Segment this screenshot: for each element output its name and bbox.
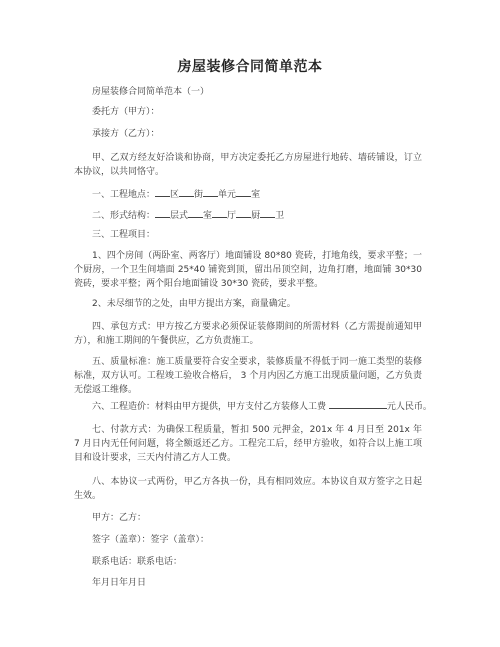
unit-label: 区: [170, 190, 179, 200]
section-location-label: 一、工程地点：: [92, 190, 155, 200]
fill-blank: [236, 208, 251, 218]
fill-blank: [236, 187, 251, 197]
contractor-label: 承接方（乙方）：: [92, 127, 442, 141]
signature-phone: 联系电话：联系电话：: [92, 555, 442, 569]
unit-label: 厅: [227, 211, 236, 221]
fill-blank: [203, 187, 218, 197]
intro-paragraph: 甲、乙双方经友好洽谈和协商，甲方决定委托乙方房屋进行地砖、墙砖铺设，订立本协议，…: [74, 151, 422, 179]
section-structure: 二、形式结构：层式室厅厨卫: [92, 208, 442, 223]
document-title: 房屋装修合同简单范本: [0, 56, 500, 76]
section-location: 一、工程地点：区街单元室: [92, 187, 442, 202]
unit-label: 厨: [251, 211, 260, 221]
fill-blank: [212, 208, 227, 218]
client-label: 委托方（甲方）：: [92, 105, 442, 119]
signature-date: 年月日年月日: [92, 576, 442, 590]
item-1-paragraph: 1、四个房间（两卧室、两客厅）地面铺设 80*80 瓷砖，打地角线，要求平整；一…: [74, 249, 422, 291]
section-cost-suffix: 元人民币。: [387, 402, 432, 412]
unit-label: 层式: [170, 211, 188, 221]
section-payment: 七、付款方式：为确保工程质量，暂扣 500 元押金，201x 年 4 月日至 2…: [74, 423, 422, 465]
unit-label: 卫: [275, 211, 284, 221]
item-2-paragraph: 2、未尽细节的之处，由甲方提出方案，商量确定。: [92, 297, 442, 311]
fill-blank: [188, 208, 203, 218]
unit-label: 室: [203, 211, 212, 221]
fill-blank: [155, 208, 170, 218]
section-cost-label: 六、工程造价：材料由甲方提供，甲方支付乙方装修人工费: [92, 402, 326, 412]
unit-label: 街: [194, 190, 203, 200]
unit-label: 单元: [218, 190, 236, 200]
fill-blank: [329, 399, 387, 409]
section-quality-standard: 五、质量标准：施工质量要符合安全要求，装修质量不得低于同一施工类型的装修标准，双…: [74, 355, 422, 397]
fill-blank: [155, 187, 170, 197]
section-structure-label: 二、形式结构：: [92, 211, 155, 221]
signature-sign: 签字（盖章）：签字（盖章）：: [92, 533, 442, 547]
section-copies: 八、本协议一式两份，甲乙方各执一份，具有相同效应。本协议自双方签字之日起生效。: [74, 475, 422, 503]
fill-blank: [179, 187, 194, 197]
section-cost: 六、工程造价：材料由甲方提供，甲方支付乙方装修人工费 元人民币。: [92, 399, 442, 414]
fill-blank: [260, 208, 275, 218]
section-items-heading: 三、工程项目：: [92, 228, 442, 242]
document-subtitle: 房屋装修合同简单范本（一）: [92, 85, 442, 99]
unit-label: 室: [251, 190, 260, 200]
signature-parties: 甲方：乙方：: [92, 511, 442, 525]
document-page: 房屋装修合同简单范本 房屋装修合同简单范本（一） 委托方（甲方）： 承接方（乙方…: [0, 0, 500, 647]
section-contract-method: 四、承包方式：甲方按乙方要求必须保证装修期间的所需材料（乙方需提前通知甲方），和…: [74, 320, 422, 348]
